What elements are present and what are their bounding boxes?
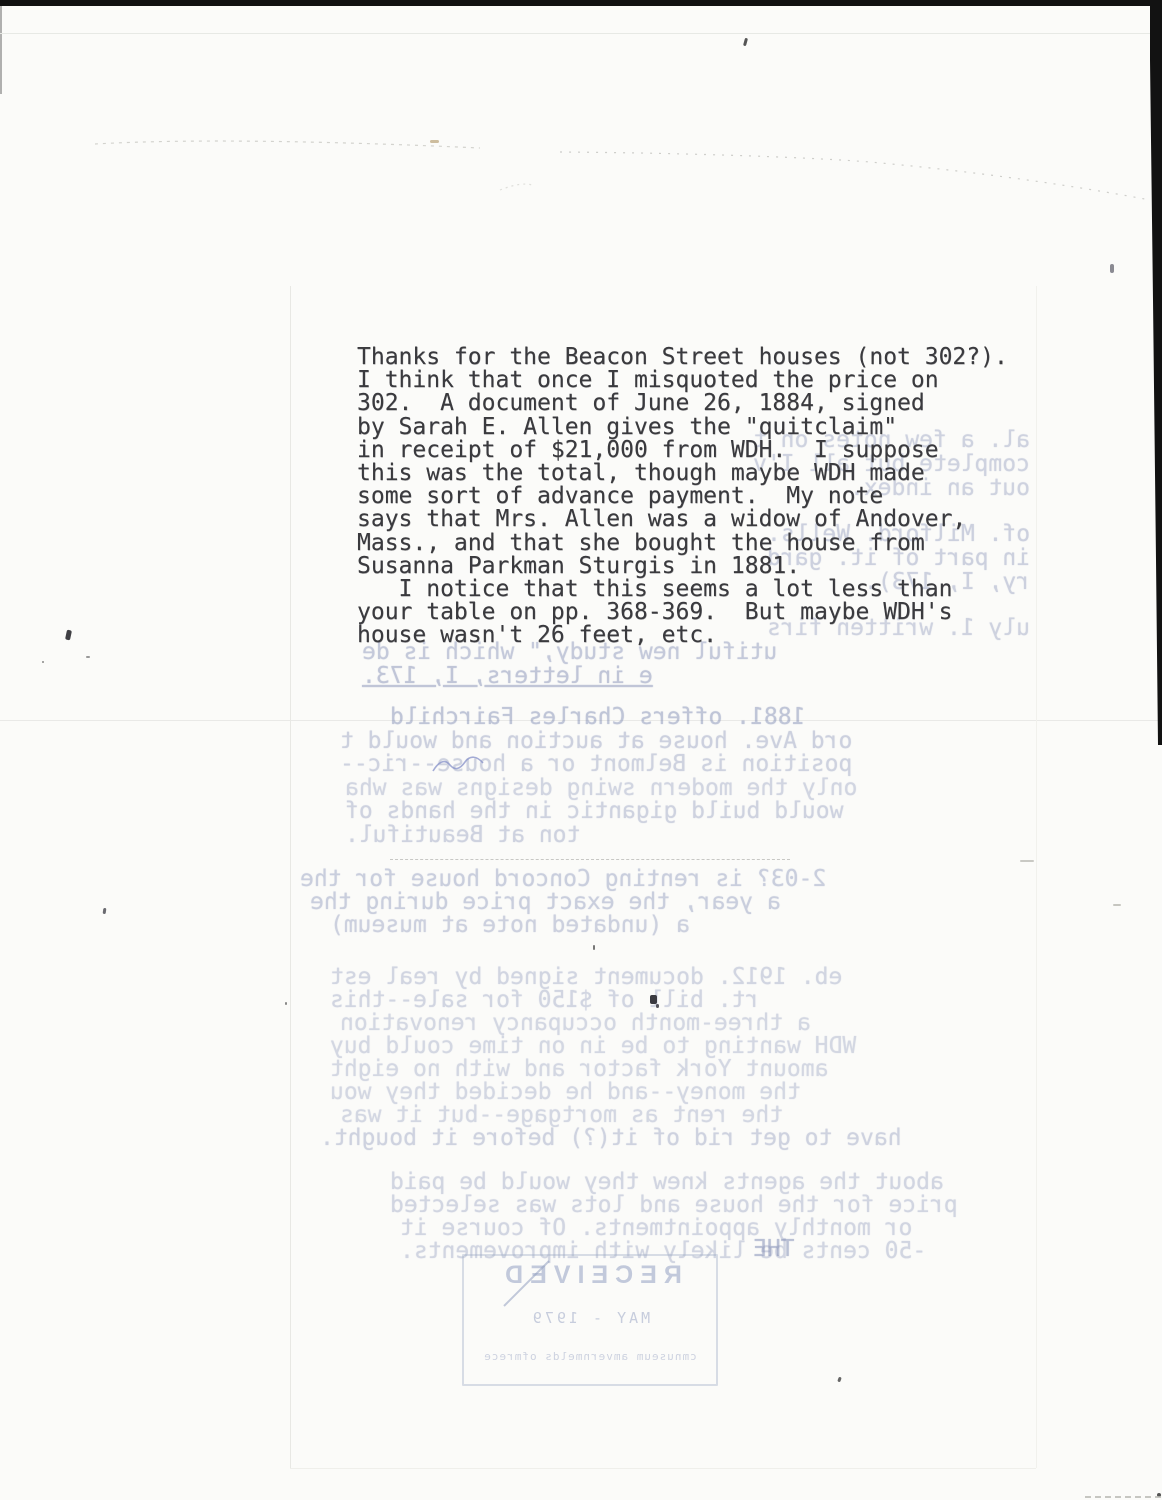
ink-speck (103, 908, 107, 914)
pencil-dash-line (390, 859, 790, 860)
bleed-through-line: rt. bill of $150 for sale--this (330, 989, 759, 1012)
bleed-through-line: WDH wanting to be in on time could buy (330, 1035, 856, 1058)
letter-body-text: Thanks for the Beacon Street houses (not… (357, 346, 1008, 648)
received-stamp-date: MAY - 1979 (464, 1309, 716, 1327)
bleed-through-line: amount York factor and with no eight (330, 1058, 829, 1081)
ink-speck (1110, 264, 1114, 273)
ink-speck (743, 38, 748, 47)
bleed-through-line: the money--and he decided they wou (330, 1081, 801, 1104)
inner-page-bottom-edge (290, 1468, 1036, 1469)
ink-speck (650, 995, 657, 1004)
bleed-through-line: 2-03? is renting Concord house for the (300, 868, 826, 891)
ink-speck (1113, 904, 1121, 906)
bleed-through-line: ord Ave. house at auction and would t (340, 730, 852, 753)
scanned-letter-page: al. a few notes on tcomplete but all I'v… (0, 0, 1162, 1500)
bleed-through-line: a three-month occupancy renovation (340, 1012, 811, 1035)
bleed-through-line: e in letters, I, 173. (362, 665, 653, 688)
ink-speck (593, 945, 595, 950)
ink-speck (656, 1004, 659, 1008)
scan-fold-line-top (0, 33, 1162, 34)
ink-speck (86, 656, 90, 658)
bleed-through-line: 1881. offers Charles Fairchild (390, 706, 805, 729)
bleed-through-line: a (undated note at museum) (330, 914, 690, 937)
ink-speck (1157, 1493, 1161, 1497)
ink-speck (285, 1002, 287, 1005)
bleed-through-line: a year, the exact price during the (310, 891, 781, 914)
scanner-top-edge (0, 0, 1162, 6)
ink-speck (430, 140, 439, 143)
crease-line-right (560, 152, 1150, 200)
bleed-through-line: price for the house and lots was selecte… (390, 1194, 958, 1217)
bleed-through-line: ton at Beautiful. (345, 824, 580, 847)
bleed-through-line: eb. 1912. document signed by real est (330, 966, 842, 989)
scanner-left-edge (0, 6, 2, 94)
bleed-through-line: THE (753, 1238, 795, 1261)
crease-line-left (95, 141, 480, 148)
bleed-through-line: or monthly appointments. Of course it (400, 1217, 912, 1240)
received-stamp-small-print: cmnuseum amvernmelds ofmrece (464, 1350, 716, 1363)
ink-speck (837, 1377, 842, 1383)
ink-speck (1020, 860, 1034, 862)
crease-line-mid (500, 184, 532, 190)
inner-page-left-edge (290, 286, 291, 1468)
bleed-through-line: position is Belmont or a house--ric-- (340, 753, 852, 776)
received-stamp-text: RECEIVED (464, 1261, 716, 1290)
ink-speck (42, 661, 44, 663)
bleed-through-line: have to get rid of it(?) before it bough… (320, 1127, 902, 1150)
bleed-through-line: only the modern swing designs was wha (345, 777, 857, 800)
inner-page-right-edge (1036, 286, 1037, 1468)
bleed-through-line: the rent as mortgage--but it was (340, 1104, 783, 1127)
ink-speck (65, 630, 72, 641)
received-stamp-box: RECEIVED MAY - 1979 cmnuseum amvernmelds… (462, 1254, 718, 1386)
bleed-through-line: about the agents knew they would be paid (390, 1171, 944, 1194)
bleed-through-line: would build gigantic in the hands of (345, 800, 844, 823)
scanner-right-edge (1150, 0, 1162, 745)
